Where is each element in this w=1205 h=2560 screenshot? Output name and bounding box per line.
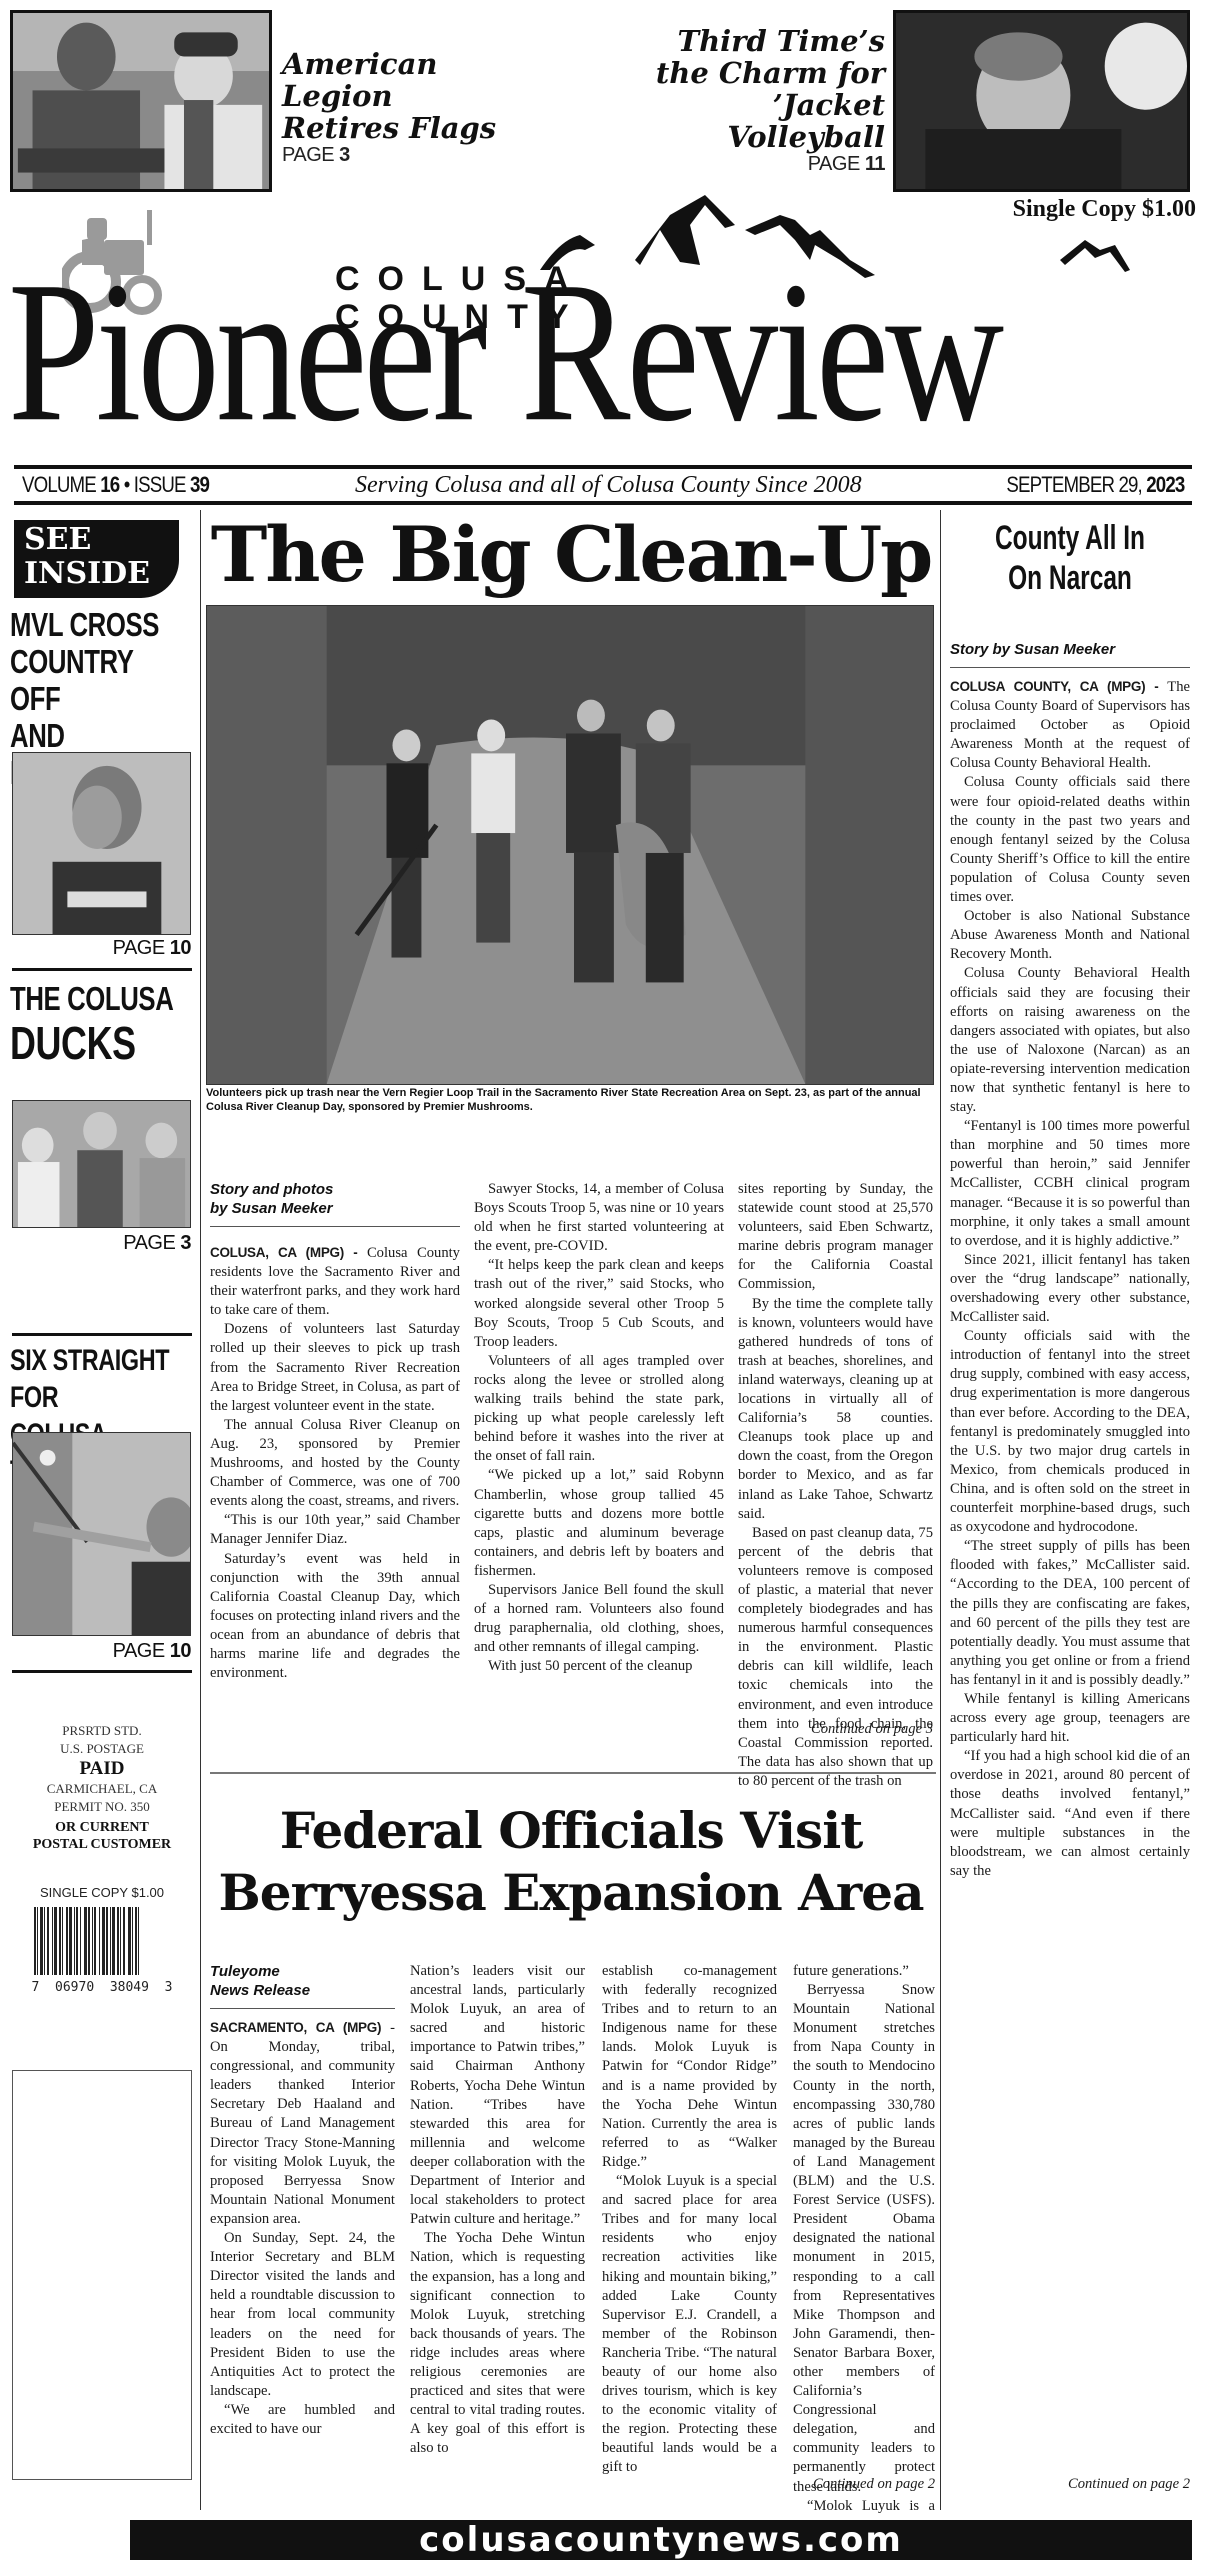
federal-column-2: Nation’s leaders visit our ancestral lan… [410, 1962, 585, 2458]
lead-column-1: COLUSA, CA (MPG) - Colusa County residen… [210, 1243, 460, 1683]
see-inside-line2: INSIDE [24, 557, 169, 591]
narcan-continued-link[interactable]: Continued on page 2 [950, 2475, 1190, 2494]
federal-column-4: future generations.” Berryessa Snow Moun… [793, 1962, 935, 2535]
column-rule-right [940, 510, 941, 2510]
ducks-photo-image [13, 1101, 190, 1227]
cleanup-photo-image [207, 606, 933, 1084]
section-divider [210, 1772, 936, 1774]
federal-column-3: establish co-management with federally r… [602, 1962, 777, 2478]
see-inside-badge: SEE INSIDE [14, 520, 179, 598]
federal-column-1: SACRAMENTO, CA (MPG) - On Monday, tribal… [210, 2018, 395, 2439]
federal-byline: Tuleyome News Release [210, 1962, 395, 2009]
tennis-photo-image [13, 1433, 190, 1635]
rail-headline: THE COLUSA DUCKS [10, 980, 186, 1069]
rail-photo-tennis[interactable] [12, 1432, 191, 1636]
rail-photo-ducks[interactable] [12, 1100, 191, 1228]
narcan-headline[interactable]: County All In On Narcan [982, 518, 1158, 598]
rail-page-ref: PAGE 3 [12, 1232, 191, 1255]
lead-photo[interactable] [206, 605, 934, 1085]
lead-column-2: Sawyer Stocks, 14, a member of Colusa Bo… [474, 1180, 724, 1676]
lead-headline[interactable]: The Big Clean-Up [206, 515, 936, 595]
volleyball-photo-image [896, 13, 1187, 189]
folio-bar: VOLUME 16 • ISSUE 39 Serving Colusa and … [14, 465, 1192, 505]
column-rule-left [200, 510, 201, 2510]
lead-dateline: COLUSA, CA (MPG) - [210, 1245, 357, 1260]
federal-dateline: SACRAMENTO, CA (MPG) [210, 2020, 381, 2035]
narcan-column: COLUSA COUNTY, CA (MPG) - The Colusa Cou… [950, 677, 1190, 1881]
narcan-byline: Story by Susan Meeker [950, 640, 1190, 668]
barcode-number: 7 06970 38049 3 [12, 1980, 192, 1995]
teaser-american-legion[interactable]: American Legion Retires Flags PAGE 3 [282, 48, 502, 167]
lead-byline: Story and photos by Susan Meeker [210, 1180, 460, 1227]
masthead-title[interactable]: Pioneer Review [8, 262, 1000, 442]
volume-issue: VOLUME 16 • ISSUE 39 [22, 472, 209, 498]
rail-photo-runner[interactable] [12, 752, 191, 935]
lead-continued-link[interactable]: Continued on page 3 [738, 1720, 933, 1739]
motto: Serving Colusa and all of Colusa County … [355, 472, 862, 499]
barcode-icon [34, 1907, 170, 1975]
teaser-title: Third Time’s the Charm for ’Jacket Volle… [620, 25, 885, 153]
lead-photo-caption: Volunteers pick up trash near the Vern R… [206, 1086, 934, 1114]
postal-indicia: PRSRTD STD. U.S. POSTAGE PAID CARMICHAEL… [12, 1722, 192, 1853]
federal-continued-link[interactable]: Continued on page 2 [793, 2475, 935, 2494]
federal-headline[interactable]: Federal Officials Visit Berryessa Expans… [206, 1800, 936, 1924]
runner-photo-image [13, 753, 190, 934]
rail-divider [12, 1670, 192, 1673]
rail-page-ref: PAGE 10 [12, 1640, 191, 1663]
teaser-title: American Legion Retires Flags [282, 48, 502, 144]
legion-photo-image [13, 13, 269, 189]
rail-divider [12, 968, 192, 971]
teaser-photo-volleyball[interactable] [893, 10, 1190, 192]
rail-divider [12, 1333, 192, 1336]
rail-item-colusa-ducks[interactable]: THE COLUSA DUCKS [10, 980, 192, 1069]
mailing-label-box [12, 2070, 192, 2480]
teaser-jacket-volleyball[interactable]: Third Time’s the Charm for ’Jacket Volle… [620, 25, 885, 176]
narcan-dateline: COLUSA COUNTY, CA (MPG) - [950, 679, 1158, 694]
website-banner[interactable]: colusacountynews.com [130, 2520, 1192, 2560]
lead-column-3: sites reporting by Sunday, the statewide… [738, 1180, 933, 1791]
see-inside-line1: SEE [24, 523, 169, 557]
teaser-photo-american-legion[interactable] [10, 10, 272, 192]
single-copy-label: SINGLE COPY $1.00 [12, 1885, 192, 1900]
teaser-page-ref: PAGE 3 [282, 144, 502, 167]
teaser-page-ref: PAGE 11 [620, 153, 885, 176]
rail-page-ref: PAGE 10 [12, 937, 191, 960]
issue-date: SEPTEMBER 29, 2023 [1006, 472, 1184, 498]
